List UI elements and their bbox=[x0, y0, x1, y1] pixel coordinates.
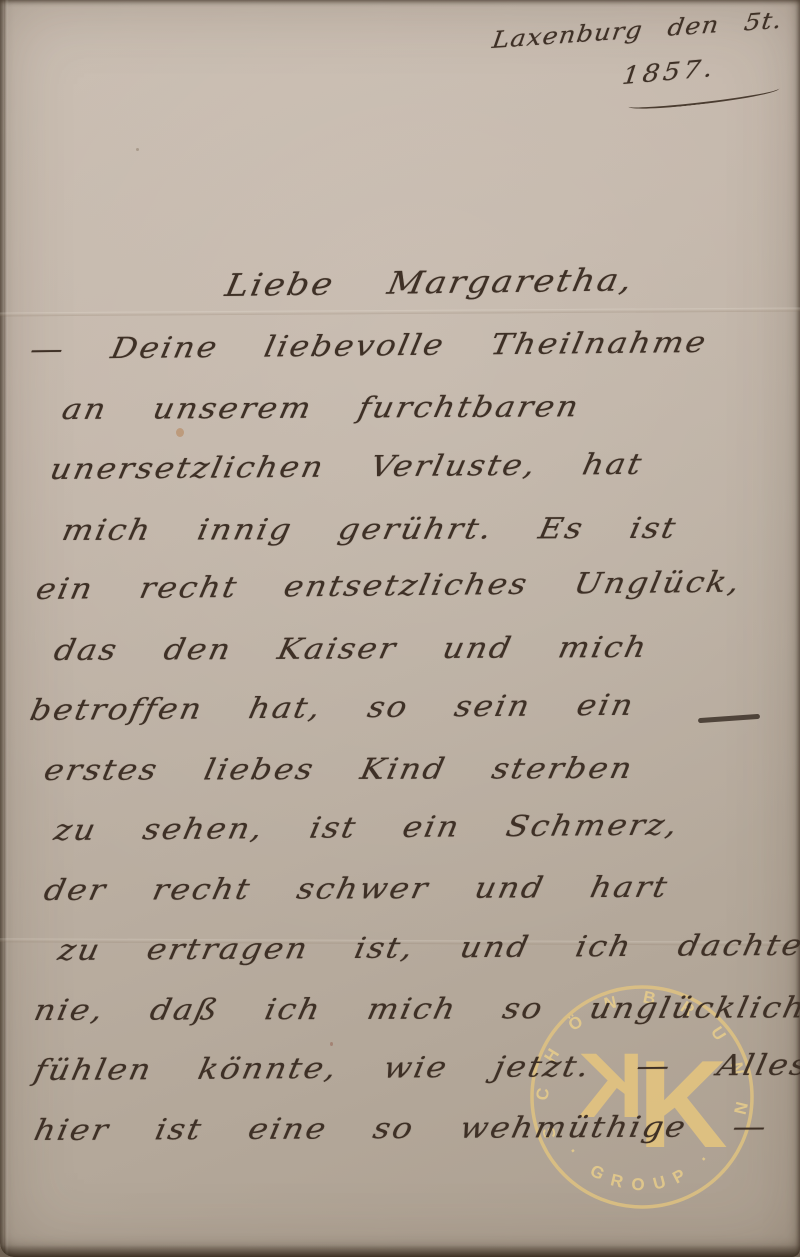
salutation: Liebe Margaretha, bbox=[222, 262, 637, 304]
letter-line: der recht schwer und hart bbox=[41, 870, 672, 907]
paper-speck bbox=[136, 148, 139, 151]
letter-line: das den Kaiser und mich bbox=[51, 630, 651, 667]
paper-left-edge bbox=[4, 0, 9, 1257]
letter-line: hier ist eine so wehmüthige — bbox=[31, 1109, 771, 1147]
dateline-year: 1857. bbox=[621, 54, 718, 91]
letter-line: an unserem furchtbaren bbox=[59, 389, 583, 426]
paper-speck bbox=[330, 1042, 333, 1046]
paper-blemish bbox=[176, 428, 184, 437]
letter-line: zu sehen, ist ein Schmerz, bbox=[51, 808, 682, 848]
dateline-place-date: Laxenburg den 5t. Juni bbox=[491, 2, 800, 54]
paper-bottom-edge bbox=[0, 1245, 800, 1257]
letter-line: betroffen hat, so sein ein bbox=[27, 688, 638, 727]
letter-line: ein recht entsetzliches Unglück, bbox=[33, 565, 744, 606]
letter-line: erstes liebes Kind sterben bbox=[41, 751, 637, 787]
letter-line: zu ertragen ist, und ich dachte bbox=[55, 928, 800, 967]
watermark-bottom-arc-text: · GROUP · bbox=[564, 1143, 720, 1194]
ink-correction-strike bbox=[698, 714, 760, 723]
letter-line: unersetzlichen Verluste, hat bbox=[47, 447, 646, 486]
letter-scan-page: SCHÖNBRUNN · GROUP · K K Laxenburg den 5… bbox=[0, 0, 800, 1257]
letter-line: nie, daß ich mich so unglücklich bbox=[31, 990, 800, 1027]
letter-line: — Deine liebevolle Theilnahme bbox=[27, 325, 711, 366]
fold-crease-top bbox=[0, 308, 800, 317]
letter-line: mich innig gerührt. Es ist bbox=[59, 511, 681, 547]
letter-line: fühlen könnte, wie jetzt. — Alles bbox=[31, 1048, 800, 1087]
underline-flourish bbox=[628, 84, 780, 112]
